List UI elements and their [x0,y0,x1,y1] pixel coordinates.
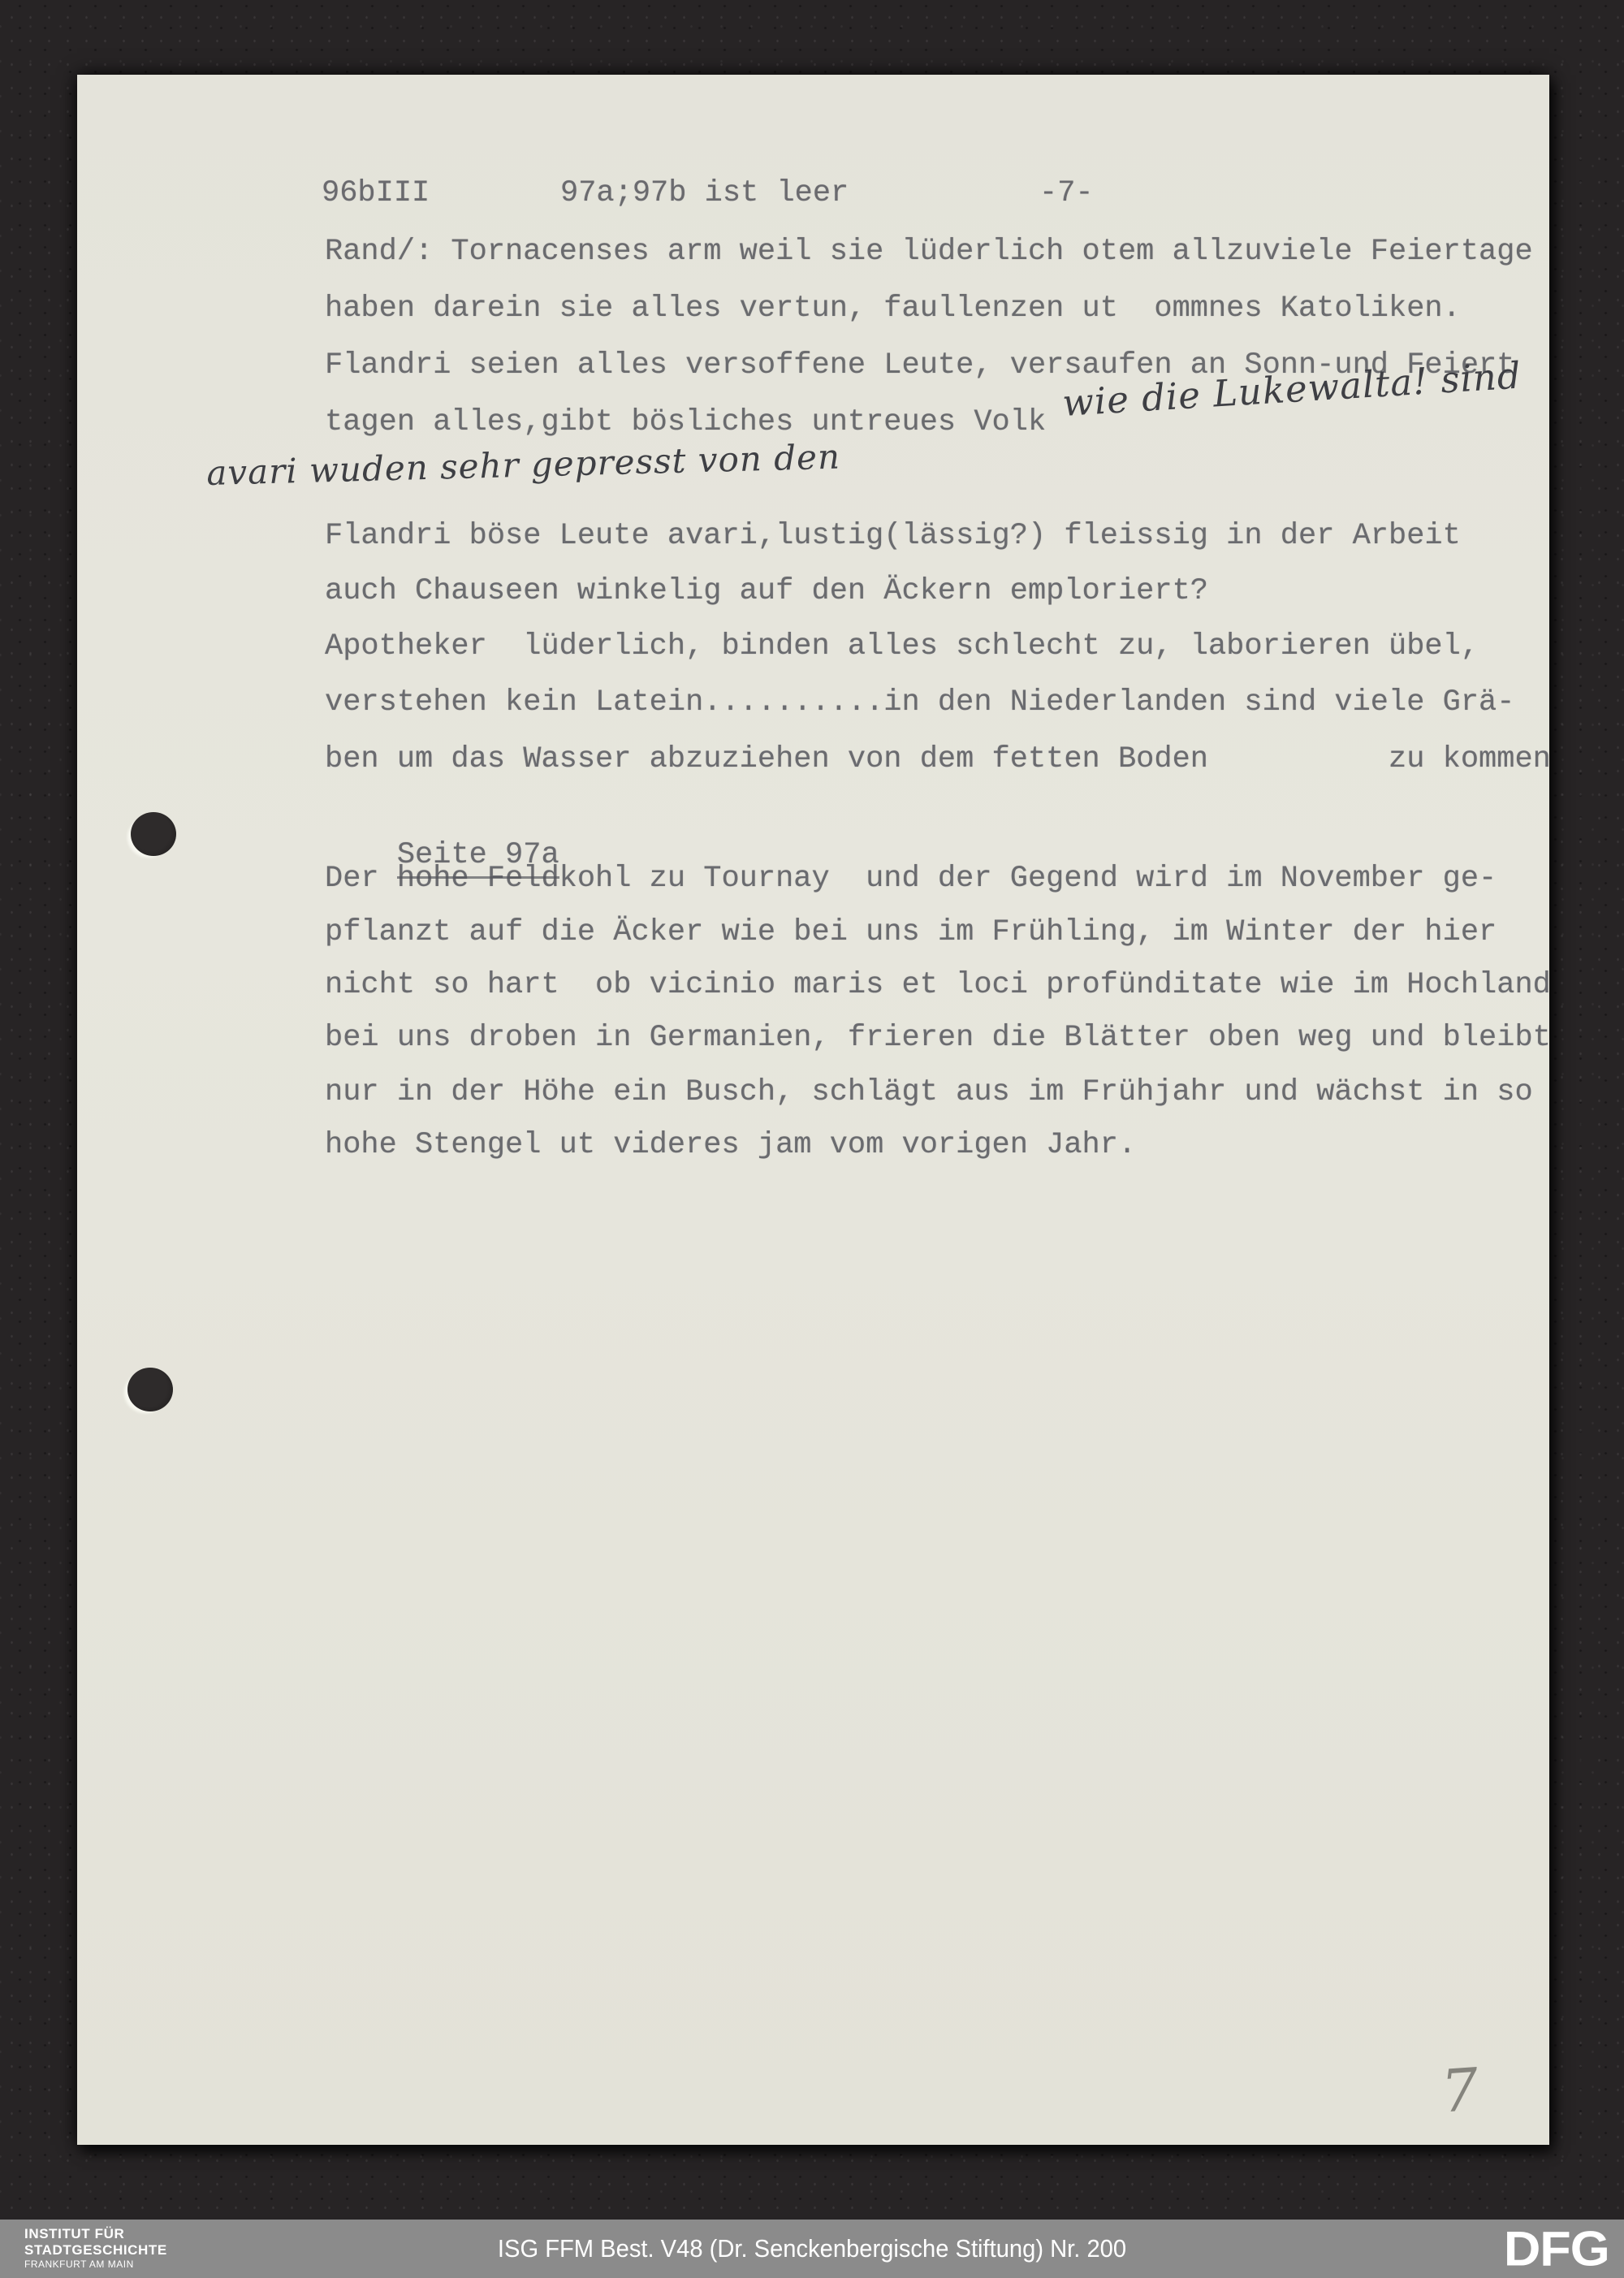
typed-line: ben um das Wasser abzuziehen von dem fet… [325,743,1549,776]
typed-page-number: -7- [1039,177,1094,210]
typed-line: pflanzt auf die Äcker wie bei uns im Frü… [325,916,1497,949]
punch-hole [131,812,176,856]
pencil-page-number: 7 [1439,2055,1481,2126]
typed-line: haben darein sie alles vertun, faullenze… [325,292,1461,325]
institute-city: FRANKFURT AM MAIN [24,2259,167,2269]
typed-line: Apotheker lüderlich, binden alles schlec… [325,630,1479,663]
scanned-document-page: 96bIII 97a;97b ist leer -7- Rand/: Torna… [77,75,1549,2145]
typed-line: verstehen kein Latein..........in den Ni… [325,686,1514,719]
header-note: 97a;97b ist leer [560,177,849,210]
typed-line: nur in der Höhe ein Busch, schlägt aus i… [325,1076,1533,1109]
typed-line: hohe Stengel ut videres jam vom vorigen … [325,1129,1136,1161]
typed-line: tagen alles,gibt bösliches untreues Volk [325,406,1046,439]
dfg-logo: DFG [1504,2221,1609,2277]
institute-name-line2: STADTGESCHICHTE [24,2243,167,2257]
typed-line: Rand/: Tornacenses arm weil sie lüderlic… [325,236,1533,268]
margin-handwritten-annotation: avari wuden sehr gepresst von den [206,437,841,493]
archive-reference: ISG FFM Best. V48 (Dr. Senckenbergische … [498,2234,1126,2263]
typed-line: Flandri böse Leute avari,lustig(lässig?)… [325,520,1461,552]
typed-line: nicht so hart ob vicinio maris et loci p… [325,969,1549,1001]
typed-line: auch Chauseen winkelig auf den Äckern em… [325,575,1208,607]
typed-line: bei uns droben in Germanien, frieren die… [325,1022,1549,1054]
institute-name-line1: INSTITUT FÜR [24,2227,167,2241]
archive-footer-bar: INSTITUT FÜR STADTGESCHICHTE FRANKFURT A… [0,2220,1624,2278]
folio-reference: 96bIII [322,177,430,210]
typed-line: Der hohe Feldkohl zu Tournay und der Geg… [325,862,1497,895]
institute-logo: INSTITUT FÜR STADTGESCHICHTE FRANKFURT A… [24,2227,167,2269]
punch-hole [127,1368,173,1411]
